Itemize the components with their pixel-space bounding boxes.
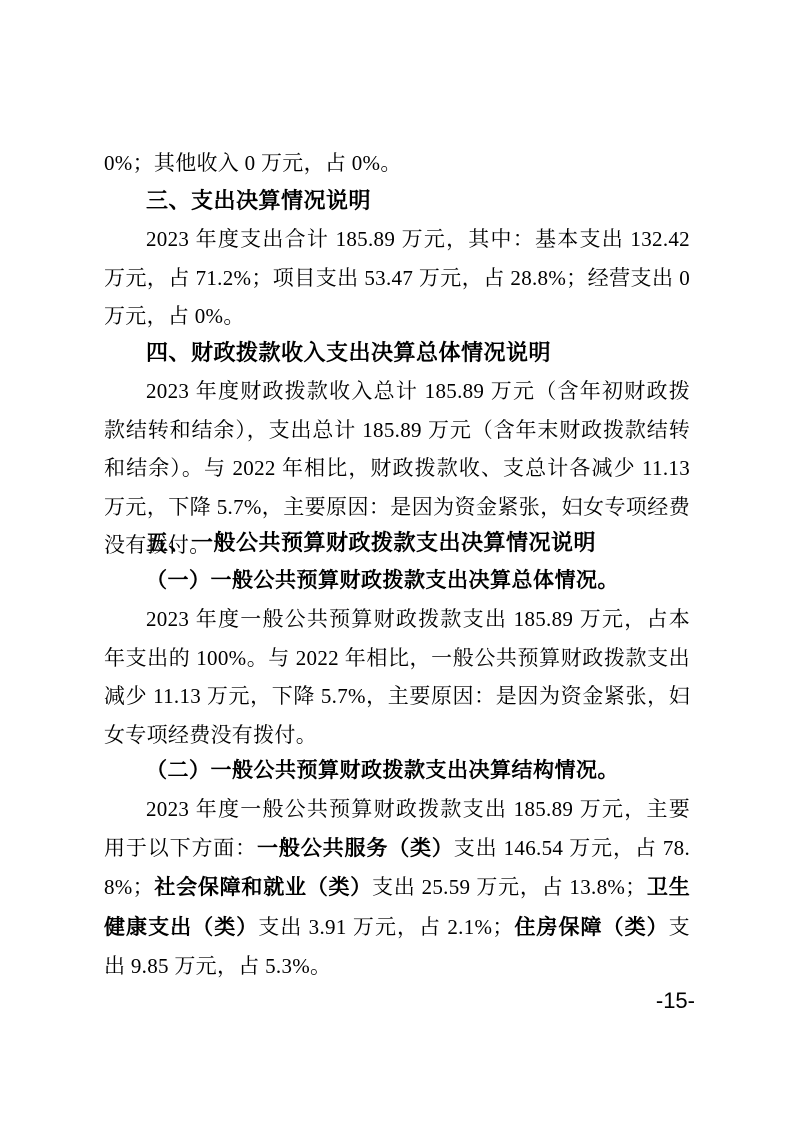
- text-run: 支出 3.91 万元，占 2.1%；: [258, 915, 513, 939]
- document-page: 0%；其他收入 0 万元，占 0%。 三、支出决算情况说明 2023 年度支出合…: [0, 0, 793, 1122]
- heading-section-4-fiscal-appropriation: 四、财政拨款收入支出决算总体情况说明: [104, 334, 690, 373]
- bold-text-run: 五、一般公共预算财政拨款支出决算情况说明: [146, 530, 596, 555]
- bold-text-run: 一般公共服务（类）: [257, 837, 454, 860]
- subheading-5-1-overall-situation: （一）一般公共预算财政拨款支出决算总体情况。: [104, 562, 690, 601]
- heading-section-3-expenditure: 三、支出决算情况说明: [104, 182, 690, 221]
- bold-text-run: 住房保障（类）: [514, 916, 669, 939]
- paragraph-5-1-body: 2023 年度一般公共预算财政拨款支出 185.89 万元，占本年支出的 100…: [104, 600, 690, 754]
- heading-section-5-general-public-budget: 五、一般公共预算财政拨款支出决算情况说明: [104, 524, 690, 563]
- bold-text-run: 四、财政拨款收入支出决算总体情况说明: [146, 340, 551, 365]
- bold-text-run: 三、支出决算情况说明: [146, 188, 371, 213]
- paragraph-5-2-body: 2023 年度一般公共预算财政拨款支出 185.89 万元，主要用于以下方面：一…: [104, 790, 690, 986]
- text-run: 0%；其他收入 0 万元，占 0%。: [104, 151, 402, 175]
- subheading-5-2-structure-situation: （二）一般公共预算财政拨款支出决算结构情况。: [104, 752, 690, 791]
- text-run: 支出 25.59 万元，占 13.8%；: [372, 875, 646, 899]
- paragraph-other-income-continuation: 0%；其他收入 0 万元，占 0%。: [104, 144, 690, 183]
- paragraph-section-3-body: 2023 年度支出合计 185.89 万元，其中：基本支出 132.42 万元，…: [104, 220, 690, 336]
- text-run: 2023 年度支出合计 185.89 万元，其中：基本支出 132.42 万元，…: [104, 227, 690, 328]
- bold-text-run: （二）一般公共预算财政拨款支出决算结构情况。: [146, 759, 619, 782]
- page-number: -15-: [656, 988, 695, 1014]
- text-run: 2023 年度一般公共预算财政拨款支出 185.89 万元，占本年支出的 100…: [104, 607, 690, 747]
- bold-text-run: 社会保障和就业（类）: [154, 876, 372, 899]
- bold-text-run: （一）一般公共预算财政拨款支出决算总体情况。: [146, 569, 619, 592]
